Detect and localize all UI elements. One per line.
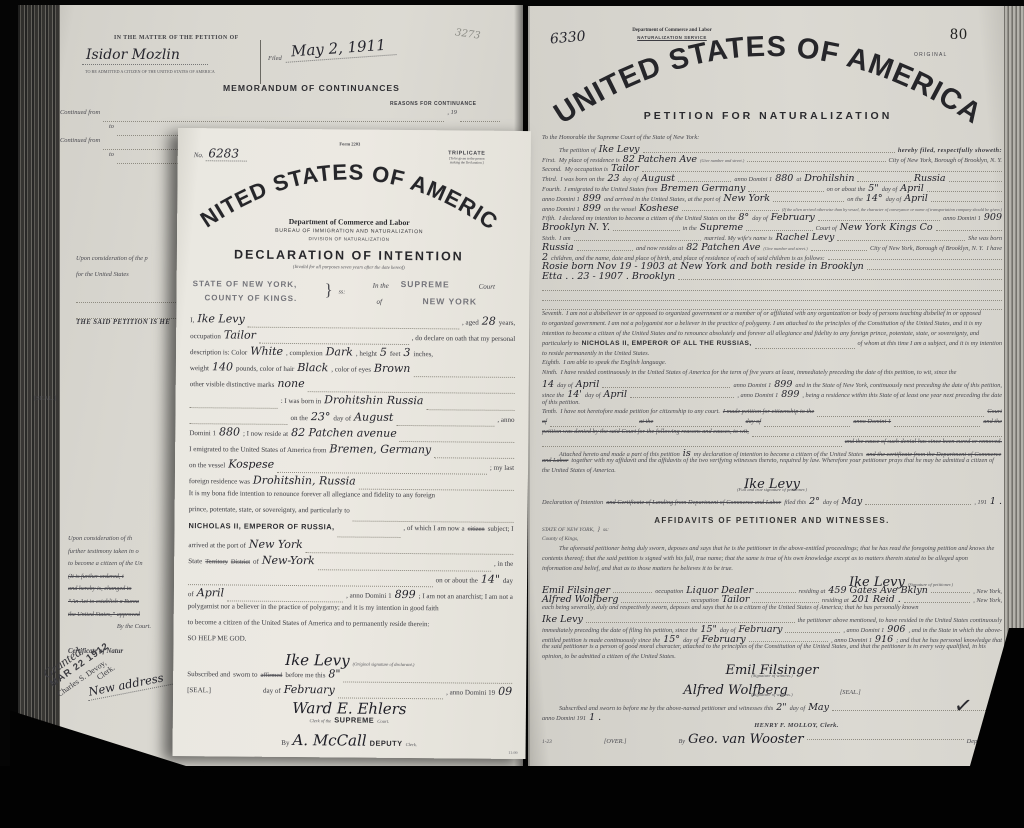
form-line: Continued from, 19 [60,109,500,123]
declaration-body: I,Ike Levy, aged28years,occupationTailor… [187,312,516,749]
form-line: entitled petition is made continuously s… [542,634,1002,644]
form-line: Russiaand now resides at82 Patchen Ave(G… [542,242,1002,252]
form-line: Ninth.I have resided continuously in the… [542,369,1002,379]
seal-label: [SEAL.] [34,395,56,402]
form-line: petition was denied by the said Court fo… [542,428,1002,438]
form-code: Form 2203 [310,141,390,147]
form-line: The aforesaid petitioner being duly swor… [542,545,1002,555]
book-binding [18,5,60,768]
ss-label: ss: [339,289,346,295]
state-stamp: STATE OF NEW YORK, [193,279,298,289]
form-line: particularly toNICHOLAS II, EMPEROR OF A… [542,340,1002,350]
form-line: Tenth.I have not heretofore made petitio… [542,408,1002,418]
form-line: immediately preceding the date of filing… [542,624,1002,634]
form-line [542,281,1002,291]
form-line: Declaration of Intentionand Certificate … [542,496,1002,506]
form-line: Alfred WolfbergoccupationTailorresiding … [542,594,1002,604]
form-line: to reside permanently in the United Stat… [542,350,1002,360]
divider-line [260,40,261,84]
petition-page: 6330 Department of Commerce and Labor NA… [528,6,1010,766]
form-line: of this petition. [542,399,1002,409]
form-line: anno Domini 1899and arrived in the Unite… [542,193,1002,203]
form-footer-code: 11-99 [508,750,517,755]
declaration-subtitle: (Invalid for all purposes seven years af… [177,264,521,272]
form-line: Rosie born Nov 19 - 1903 at New York and… [542,261,1002,271]
form-line: To the Honorable the Supreme Court of th… [542,134,1002,144]
form-line: anno Domini 1899on the vesselKoshese(If … [542,203,1002,213]
form-line: Emil Filsinger [542,663,1002,673]
form-line: Etta . . 23 - 1907 . Brooklyn [542,271,1002,281]
form-line: opinion, to be admitted a citizen of the… [542,653,1002,663]
form-line: Sixth.I ammarried. My wife's name isRach… [542,232,1002,242]
declaration-title: DECLARATION OF INTENTION [177,247,521,264]
in-the-label: In the [373,282,389,290]
form-line: Ike Levythe petitioner above mentioned, … [542,614,1002,624]
form-line: STATE OF NEW YORK,}ss: [542,526,1002,536]
matter-heading: IN THE MATTER OF THE PETITION OF [114,35,239,41]
check-mark: ✓ [952,693,974,720]
bottom-black-band [0,766,1024,828]
filed-label: Filed [268,55,282,62]
form-line: to organized government. I am not a poly… [542,320,1002,330]
form-line: (Full and true signature of petitioner.) [542,487,1002,497]
form-line: Alfred Wolfberg[SEAL.] [542,683,1002,693]
memorandum-heading: MEMORANDUM OF CONTINUANCES [223,83,400,93]
form-line: Fourth.I emigrated to the United States … [542,183,1002,193]
form-line: Brooklyn N. Y.in theSupremeCourt ofNew Y… [542,222,1002,232]
form-line: First.My place of residence is82 Patchen… [542,154,1002,164]
form-line: intention to become a citizen of the Uni… [542,330,1002,340]
form-line: (Signature of witness.) [542,673,1002,683]
form-line: (Signature of witness.) [542,692,1002,702]
department-line: Department of Commerce and Labor [249,217,449,228]
form-line: Attached hereto and made a part of this … [542,448,1002,458]
petition-body: To the Honorable the Supreme Court of th… [542,134,1002,741]
form-line: Second.My occupation isTailor [542,163,1002,173]
form-line: Ike Levy(Signature of petitioner.) [542,575,1002,585]
petitioner-name-handwritten: Isidor Mozlin [82,47,208,65]
form-line: the said petitioner is a person of good … [542,643,1002,653]
form-line: and the cause of such denial has since b… [542,438,1002,448]
form-line: AFFIDAVITS OF PETITIONER AND WITNESSES. [542,516,1002,526]
form-line: Fifth.I declared my intention to become … [542,212,1002,222]
book-scan: IN THE MATTER OF THE PETITION OF Isidor … [0,0,1024,828]
of-label: of [376,298,382,306]
form-line: Ike Levy [542,477,1002,487]
form-line: County of Kings, [542,536,1002,546]
form-line: Subscribed and sworn to before me by the… [542,702,1002,712]
court-name-stamp: SUPREME [401,279,450,289]
form-line: since the14'day ofApril, anno Domini 189… [542,389,1002,399]
form-line: Eighth.I am able to speak the English la… [542,359,1002,369]
brace: } [325,280,333,300]
form-line: HENRY F. MOLLOY, Clerk. [542,722,1002,732]
form-line: the United States of America. [542,467,1002,477]
form-line [542,291,1002,301]
form-line: 2children, and the name, date and place … [542,252,1002,262]
form-line [542,301,1002,311]
form-line: anno Domini 1911 . [542,712,1002,722]
form-line: Third.I was born on the23day ofAugustann… [542,173,1002,183]
form-line [542,506,1002,516]
form-line: 1-23[OVER.]ByGeo. van WoosterDeputy Cler… [542,732,1002,742]
court-place-stamp: NEW YORK [422,296,477,306]
reasons-heading: REASONS FOR CONTINUANCE [390,101,477,107]
declaration-of-intention: Form 2203 No. 6283 TRIPLICATE [To be giv… [173,128,531,759]
form-line: and Labortogether with my affidavit and … [542,457,1002,467]
pencil-number: 3273 [454,27,481,41]
division-line: DIVISION OF NATURALIZATION [249,236,449,243]
form-line: information and belief, and that as to t… [542,565,1002,575]
county-stamp: COUNTY OF KINGS. [204,293,297,303]
form-line: each being severally, duly and respectiv… [542,604,1002,614]
admit-citizen-line: TO BE ADMITTED A CITIZEN OF THE UNITED S… [85,69,215,74]
form-line: The petition ofIke Levyhereby filed, res… [542,144,1002,154]
petition-title: PETITION FOR NATURALIZATION [568,110,968,122]
form-line: 14day ofAprilanno Domini 1899and in the … [542,379,1002,389]
form-line: ByA. McCallDEPUTYClerk. [187,731,512,750]
form-line: ofat theday ofanno Domini 1and the [542,418,1002,428]
form-line: contents thereof; that the said petition… [542,555,1002,565]
filed-date-handwritten: May 2, 1911 [284,35,396,63]
form-line: Seventh.I am not a disbeliever in or opp… [542,310,1002,320]
court-label: Court [479,283,495,291]
